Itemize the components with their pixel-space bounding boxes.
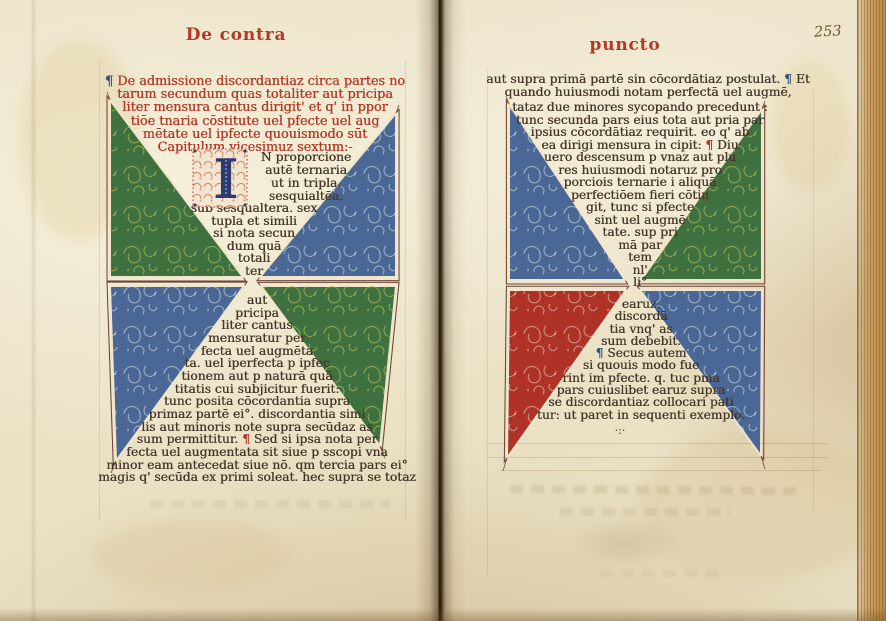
text-line: ut in tripla. bbox=[248, 177, 364, 190]
text-line: sum permittitur. ¶ Sed si ipsa nota per bbox=[92, 433, 422, 446]
text-line: uero descensum p vnaz aut plu bbox=[498, 151, 782, 164]
show-through-smudge bbox=[150, 500, 390, 508]
upper-wedge-text-right-page: tataz due minores sycopando precedunt :t… bbox=[498, 101, 782, 289]
text-line: autē ternaria bbox=[248, 164, 364, 177]
text-line: li° bbox=[498, 276, 782, 289]
text-line: discordā bbox=[496, 310, 786, 322]
manuscript-spread: De contra puncto 253 ¶ De admissione dis… bbox=[0, 0, 886, 621]
running-header-right: puncto bbox=[545, 35, 705, 55]
text-line: aut bbox=[92, 294, 422, 307]
show-through-smudge bbox=[560, 508, 730, 516]
text-line: fecta uel augmentata sit siue p sscopi v… bbox=[92, 446, 422, 459]
text-line: quando huiusmodi notam perfectā uel augm… bbox=[478, 86, 818, 99]
text-line: tur: ut paret in sequenti exemplo. bbox=[496, 409, 786, 421]
text-line: ipsius cōcordātiaz requirit. eo q' ab bbox=[498, 126, 782, 139]
text-line: aut supra primā partē sin cōcordātiaz po… bbox=[478, 73, 818, 86]
show-through-staff-line bbox=[500, 470, 820, 471]
ruling-line bbox=[487, 70, 488, 575]
running-header-left: De contra bbox=[166, 25, 306, 45]
text-line: tiōe tnaria cōstitute uel pfecte uel aug bbox=[96, 115, 414, 128]
text-line: liter mensura cantus dirigit' et q' in p… bbox=[96, 101, 414, 114]
text-line: se discordantiaz collocari pati bbox=[496, 396, 786, 408]
text-line: si quouis modo fue bbox=[496, 359, 786, 371]
text-line: primaz partē ei°. discordantia simi bbox=[92, 408, 422, 421]
folio-number: 253 bbox=[814, 23, 842, 40]
show-through-smudge bbox=[600, 570, 720, 577]
text-line: tionem aut p naturā quā bbox=[92, 370, 422, 383]
upper-wedge-text: sub sesqualtera. sextupla et similisi no… bbox=[128, 202, 380, 278]
show-through-staff-line bbox=[488, 443, 828, 444]
upper-wedge-text-beside-initial: N proporcioneautē ternariaut in tripla.s… bbox=[248, 151, 364, 203]
illuminated-initial-I: I bbox=[192, 148, 248, 208]
lower-wedge-text-left-page: autpricipaliter cantusmensuratur perfect… bbox=[92, 294, 422, 484]
lower-wedge-text-right-page: earuz.discordātia vnq' assum debebit.¶ S… bbox=[496, 298, 786, 421]
text-line: magis q' secūda ex primi soleat. hec sup… bbox=[92, 471, 422, 484]
intro-text-right-page: aut supra primā partē sin cōcordātiaz po… bbox=[478, 73, 818, 100]
text-line: porciois ternarie i aliquā bbox=[498, 176, 782, 189]
ruling-line bbox=[813, 90, 814, 510]
text-line: N proporcione bbox=[248, 151, 364, 164]
text-line: tate. sup pri bbox=[498, 226, 782, 239]
text-line: si nota secun bbox=[128, 227, 380, 240]
end-flourish: ·:· bbox=[580, 424, 660, 437]
rubric-text: ¶ De admissione discordantiaz circa part… bbox=[96, 75, 414, 154]
text-line: git, tunc si pfecte bbox=[498, 201, 782, 214]
text-line: sub sesqualtera. sex bbox=[128, 202, 380, 215]
text-line: ter bbox=[128, 265, 380, 278]
text-line: tunc posita cōcordantia supra bbox=[92, 395, 422, 408]
show-through-staff-line bbox=[488, 457, 828, 458]
show-through-smudge bbox=[570, 518, 680, 568]
text-line: tem bbox=[498, 251, 782, 264]
text-line: tataz due minores sycopando precedunt : bbox=[498, 101, 782, 114]
text-line: mensuratur per bbox=[92, 332, 422, 345]
